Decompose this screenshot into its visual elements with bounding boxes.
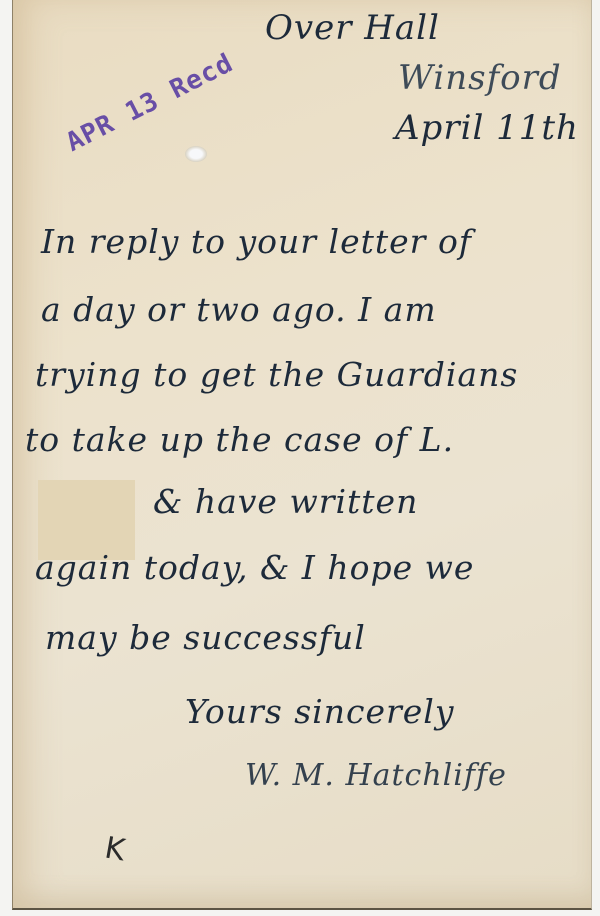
corner-pencil-mark: K xyxy=(102,831,127,869)
address-line-1: Over Hall xyxy=(265,8,440,48)
body-line-2: a day or two ago. I am xyxy=(41,290,437,329)
body-line-5: & have written xyxy=(153,482,418,521)
body-line-6: again today, & I hope we xyxy=(35,548,474,587)
body-line-3: trying to get the Guardians xyxy=(35,355,518,394)
body-line-1: In reply to your letter of xyxy=(41,222,472,261)
body-line-7: may be successful xyxy=(45,618,366,657)
body-line-2-text: a day or two ago. I am xyxy=(41,290,437,329)
punch-hole xyxy=(185,146,207,162)
received-date-stamp: APR 13 Recd xyxy=(61,48,238,158)
address-line-2: Winsford xyxy=(398,58,562,98)
signature: W. M. Hatchliffe xyxy=(245,758,507,793)
closing: Yours sincerely xyxy=(185,692,455,731)
body-line-4: to take up the case of L. xyxy=(25,420,454,459)
address-date: April 11th xyxy=(395,108,579,148)
letter-card: Over Hall Winsford April 11th APR 13 Rec… xyxy=(12,0,592,910)
